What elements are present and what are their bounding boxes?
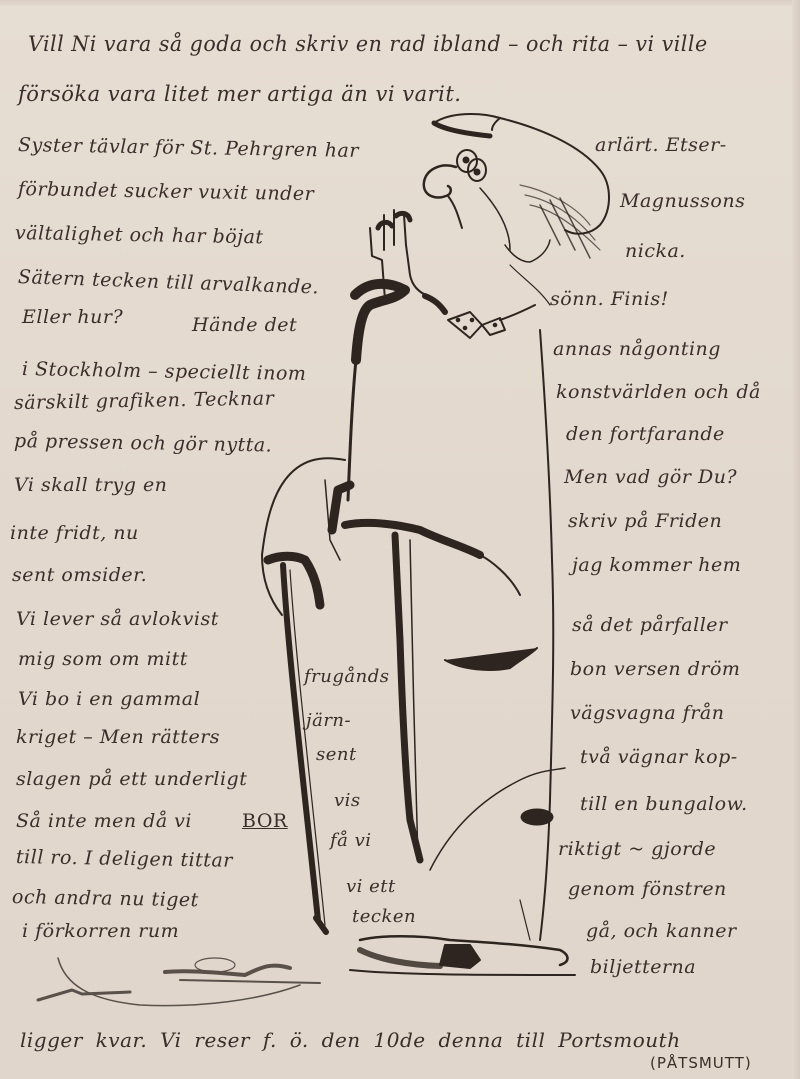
left-line-14: mig som om mitt — [18, 650, 188, 669]
right-line-2: Magnussons — [620, 192, 745, 211]
middle-line-7: tecken — [352, 908, 416, 926]
right-line-12: bon versen dröm — [570, 660, 740, 679]
right-line-9: skriv på Friden — [568, 512, 722, 531]
left-emphasis-bor: BOR — [242, 812, 288, 831]
middle-line-2: järn- — [306, 712, 351, 730]
left-line-8: särskilt grafiken. Tecknar — [14, 389, 275, 413]
right-line-4: sönn. Finis! — [550, 290, 669, 309]
middle-line-4: vis — [334, 792, 361, 810]
right-line-18: gå, och kanner — [586, 922, 737, 941]
left-line-17: slagen på ett underligt — [16, 770, 247, 789]
left-line-12: sent omsider. — [12, 566, 147, 585]
letter-top-line-1: Vill Ni vara så goda och skriv en rad ib… — [28, 34, 708, 55]
letter-bottom-line: ligger kvar. Vi reser f. ö. den 10de den… — [20, 1030, 681, 1050]
middle-line-6: vi ett — [346, 878, 396, 896]
left-line-2: förbundet sucker vuxit under — [18, 180, 314, 204]
paper-top-edge — [0, 0, 800, 6]
right-line-10: jag kommer hem — [572, 556, 741, 575]
left-line-18: Så inte men då vi — [16, 812, 192, 831]
left-line-16: kriget – Men rätters — [16, 728, 220, 747]
left-line-13: Vi lever så avlokvist — [16, 610, 219, 629]
right-line-14: två vägnar kop- — [580, 748, 738, 767]
middle-line-1: frugånds — [304, 668, 389, 686]
left-line-6: Hände det — [192, 316, 297, 335]
left-line-11: inte fridt, nu — [10, 524, 139, 543]
letter-bottom-note: (PÅTSMUTT) — [650, 1056, 752, 1071]
left-line-21: i förkorren rum — [22, 922, 179, 941]
right-line-3: nicka. — [625, 242, 686, 261]
left-line-10: Vi skall tryg en — [14, 476, 167, 495]
right-line-11: så det pårfaller — [572, 616, 728, 635]
left-line-9: på pressen och gör nytta. — [14, 432, 273, 456]
left-line-19: till ro. I deligen tittar — [16, 848, 233, 871]
middle-line-3: sent — [316, 746, 357, 764]
left-line-20: och andra nu tiget — [12, 888, 199, 910]
right-line-5: annas någonting — [553, 340, 721, 359]
right-line-17: genom fönstren — [568, 880, 727, 899]
paper-right-edge — [792, 0, 800, 1079]
left-line-7: i Stockholm – speciellt inom — [22, 360, 307, 384]
right-line-16: riktigt ~ gjorde — [558, 840, 716, 859]
left-line-3: vältalighet och har böjat — [15, 224, 264, 247]
right-line-13: vägsvagna från — [570, 704, 724, 723]
right-line-8: Men vad gör Du? — [564, 468, 737, 487]
right-line-19: biljetterna — [590, 958, 696, 977]
left-line-5: Eller hur? — [22, 308, 123, 327]
right-line-6: konstvärlden och då — [556, 383, 761, 402]
right-line-15: till en bungalow. — [580, 795, 748, 814]
middle-line-5: få vi — [330, 832, 372, 850]
left-line-15: Vi bo i en gammal — [18, 690, 200, 709]
letter-top-line-2: försöka vara litet mer artiga än vi vari… — [18, 84, 461, 105]
right-line-1: arlärt. Etser- — [595, 136, 727, 155]
right-line-7: den fortfarande — [566, 425, 725, 444]
